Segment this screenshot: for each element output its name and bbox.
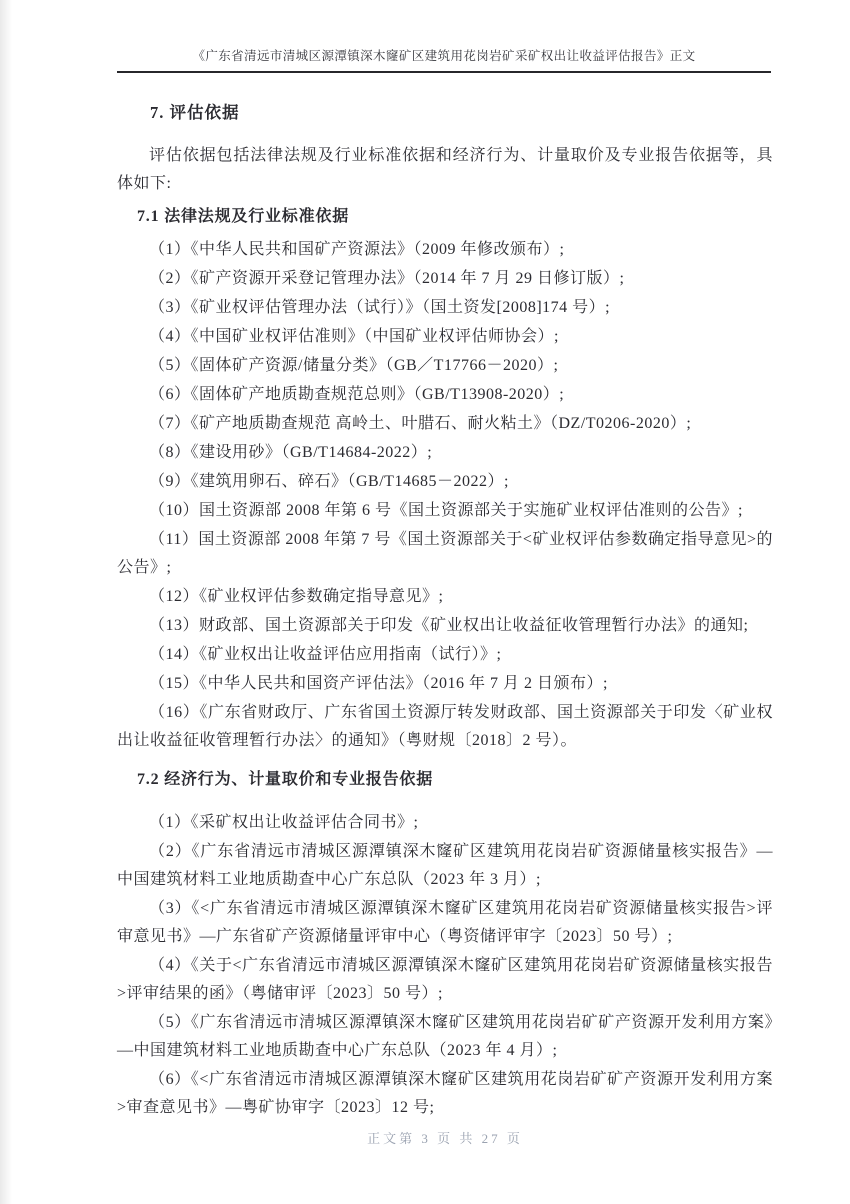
- list-item: （9）《建筑用卵石、碎石》（GB/T14685－2022）;: [117, 468, 773, 496]
- list-item: （12）《矿业权评估参数确定指导意见》;: [117, 583, 773, 611]
- list-item: （15）《中华人民共和国资产评估法》（2016 年 7 月 2 日颁布）;: [117, 670, 773, 698]
- list-item: （14）《矿业权出让收益评估应用指南（试行）》;: [117, 641, 773, 669]
- scan-edge-shadow: [0, 0, 12, 1204]
- subsection-heading-7-1: 7.1 法律法规及行业标准依据: [117, 206, 773, 228]
- running-head-title: 《广东省清远市清城区源潭镇深木窿矿区建筑用花岗岩矿采矿权出让收益评估报告》正文: [117, 46, 771, 64]
- intro-paragraph: 评估依据包括法律法规及行业标准依据和经济行为、计量取价及专业报告依据等，具体如下…: [117, 142, 773, 198]
- list-item: （5）《广东省清远市清城区源潭镇深木窿矿区建筑用花岗岩矿矿产资源开发利用方案》—…: [117, 1009, 773, 1065]
- list-item: （13）财政部、国土资源部关于印发《矿业权出让收益征收管理暂行办法》的通知;: [117, 612, 773, 640]
- list-item: （2）《广东省清远市清城区源潭镇深木窿矿区建筑用花岗岩矿资源储量核实报告》—中国…: [117, 838, 773, 894]
- list-item: （3）《<广东省清远市清城区源潭镇深木窿矿区建筑用花岗岩矿资源储量核实报告>评审…: [117, 895, 773, 951]
- list-item: （1）《采矿权出让收益评估合同书》;: [117, 809, 773, 837]
- document-body: 7. 评估依据 评估依据包括法律法规及行业标准依据和经济行为、计量取价及专业报告…: [117, 88, 773, 1122]
- page-number-text: 正文第 3 页 共 27 页: [367, 1131, 523, 1146]
- list-item: （3）《矿业权评估管理办法（试行）》（国土资发[2008]174 号）;: [117, 294, 773, 322]
- list-item: （4）《中国矿业权评估准则》（中国矿业权评估师协会）;: [117, 323, 773, 351]
- list-item: （1）《中华人民共和国矿产资源法》（2009 年修改颁布）;: [117, 236, 773, 264]
- list-item: （5）《固体矿产资源/储量分类》（GB／T17766－2020）;: [117, 352, 773, 380]
- list-item: （10）国土资源部 2008 年第 6 号《国土资源部关于实施矿业权评估准则的公…: [117, 497, 773, 525]
- list-item: （6）《固体矿产地质勘查规范总则》（GB/T13908-2020）;: [117, 381, 773, 409]
- list-item: （8）《建设用砂》（GB/T14684-2022）;: [117, 439, 773, 467]
- list-item: （6）《<广东省清远市清城区源潭镇深木窿矿区建筑用花岗岩矿矿产资源开发利用方案>…: [117, 1066, 773, 1122]
- list-item: （11）国土资源部 2008 年第 7 号《国土资源部关于<矿业权评估参数确定指…: [117, 526, 773, 582]
- page-footer: 正文第 3 页 共 27 页: [117, 1128, 773, 1148]
- list-item: （7）《矿产地质勘查规范 高岭土、叶腊石、耐火粘土》（DZ/T0206-2020…: [117, 410, 773, 438]
- section-heading: 7. 评估依据: [117, 102, 773, 124]
- report-page: 《广东省清远市清城区源潭镇深木窿矿区建筑用花岗岩矿采矿权出让收益评估报告》正文 …: [0, 0, 850, 1204]
- subsection-heading-7-2: 7.2 经济行为、计量取价和专业报告依据: [117, 769, 773, 791]
- list-item: （16）《广东省财政厅、广东省国土资源厅转发财政部、国土资源部关于印发〈矿业权出…: [117, 699, 773, 755]
- page-header: 《广东省清远市清城区源潭镇深木窿矿区建筑用花岗岩矿采矿权出让收益评估报告》正文: [117, 46, 771, 73]
- list-item: （4）《关于<广东省清远市清城区源潭镇深木窿矿区建筑用花岗岩矿资源储量核实报告>…: [117, 952, 773, 1008]
- list-item: （2）《矿产资源开采登记管理办法》（2014 年 7 月 29 日修订版）;: [117, 265, 773, 293]
